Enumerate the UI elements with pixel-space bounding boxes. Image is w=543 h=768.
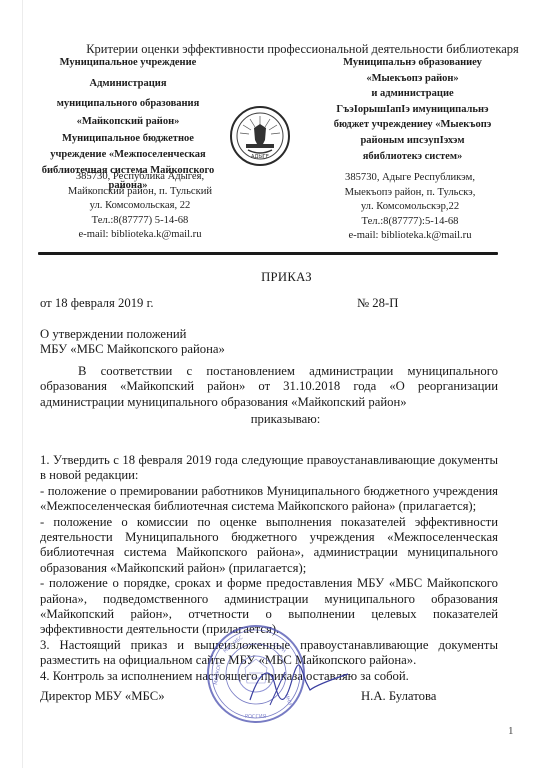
- address-left-line: Майкопский район, п. Тульский: [30, 185, 250, 200]
- svg-text:АДЫГЕ: АДЫГЕ: [251, 154, 269, 160]
- header-divider: [38, 252, 498, 255]
- email-right: e-mail: biblioteka.k@mail.ru: [310, 229, 510, 244]
- header-right-line: бюджет учреждениеу «Мыекъопэ: [315, 117, 510, 133]
- address-left: 385730, Республика Адыгея, Майкопский ра…: [30, 170, 250, 243]
- header-left-line: муниципального образования: [28, 96, 228, 112]
- subject-line: О утверждении положений: [40, 327, 340, 342]
- header-right-line: районым ипсэупIэхэм: [315, 133, 510, 149]
- header-right-line: ГъэIорышIапIэ имуниципальнэ: [315, 102, 510, 118]
- order-number: № 28-П: [357, 296, 398, 311]
- order-item: 3. Настоящий приказ и вышеизложенные пра…: [40, 638, 498, 669]
- header-right-line: Муниципальнэ образованиеу: [315, 55, 510, 71]
- preamble-paragraph: В соответствии с постановлением админист…: [40, 364, 498, 410]
- order-item: 1. Утвердить с 18 февраля 2019 года след…: [40, 453, 498, 484]
- order-item: - положение о премировании работников Му…: [40, 484, 498, 515]
- svg-text:РОССИЯ: РОССИЯ: [245, 714, 266, 720]
- header-right-organization: Муниципальнэ образованиеу «Мыекъопэ райо…: [315, 55, 510, 164]
- header-left-line: «Майкопский район»: [28, 114, 228, 130]
- order-item: 4. Контроль за исполнением настоящего пр…: [40, 669, 498, 684]
- republic-of-adygea-emblem-icon: АДЫГЕ: [228, 104, 292, 168]
- address-right-line: ул. Комсомольскэр,22: [310, 200, 510, 215]
- address-right-line: Тел.:8(87777):5-14-68: [310, 215, 510, 230]
- address-right-line: Мыекъопэ район, п. Тульскэ,: [310, 186, 510, 201]
- order-date: от 18 февраля 2019 г.: [40, 296, 154, 311]
- order-item: - положение о комиссии по оценке выполне…: [40, 515, 498, 577]
- order-subject: О утверждении положений МБУ «МБС Майкопс…: [40, 327, 340, 358]
- header-right-line: и администрацие: [315, 86, 510, 102]
- header-right-line: «Мыекъопэ район»: [315, 71, 510, 87]
- scan-page-edge: [22, 0, 23, 768]
- signer-name: Н.А. Булатова: [361, 689, 436, 704]
- order-word: приказываю:: [0, 412, 543, 427]
- header-left-line: учреждение «Межпоселенческая: [28, 147, 228, 163]
- director-position: Директор МБУ «МБС»: [40, 689, 165, 704]
- header-left-line: Муниципальное бюджетное: [28, 131, 228, 147]
- header-left-line: Муниципальное учреждение: [28, 55, 228, 71]
- address-left-line: 385730, Республика Адыгея,: [30, 170, 250, 185]
- header-right-line: ябиблиотекэ систем»: [315, 149, 510, 165]
- order-items: 1. Утвердить с 18 февраля 2019 года след…: [40, 453, 498, 684]
- address-right-line: 385730, Адыге Республикэм,: [310, 171, 510, 186]
- subject-line: МБУ «МБС Майкопского района»: [40, 342, 340, 357]
- address-left-line: ул. Комсомольская, 22: [30, 199, 250, 214]
- email-left: e-mail: biblioteka.k@mail.ru: [30, 228, 250, 243]
- page-number: 1: [508, 725, 514, 737]
- header-left-line: Администрация: [28, 76, 228, 92]
- svg-text:ИНН: ИНН: [283, 694, 293, 707]
- address-left-line: Тел.:8(87777) 5-14-68: [30, 214, 250, 229]
- document-title: ПРИКАЗ: [0, 270, 543, 285]
- address-right: 385730, Адыге Республикэм, Мыекъопэ райо…: [310, 171, 510, 244]
- order-item: - положение о порядке, сроках и форме пр…: [40, 576, 498, 638]
